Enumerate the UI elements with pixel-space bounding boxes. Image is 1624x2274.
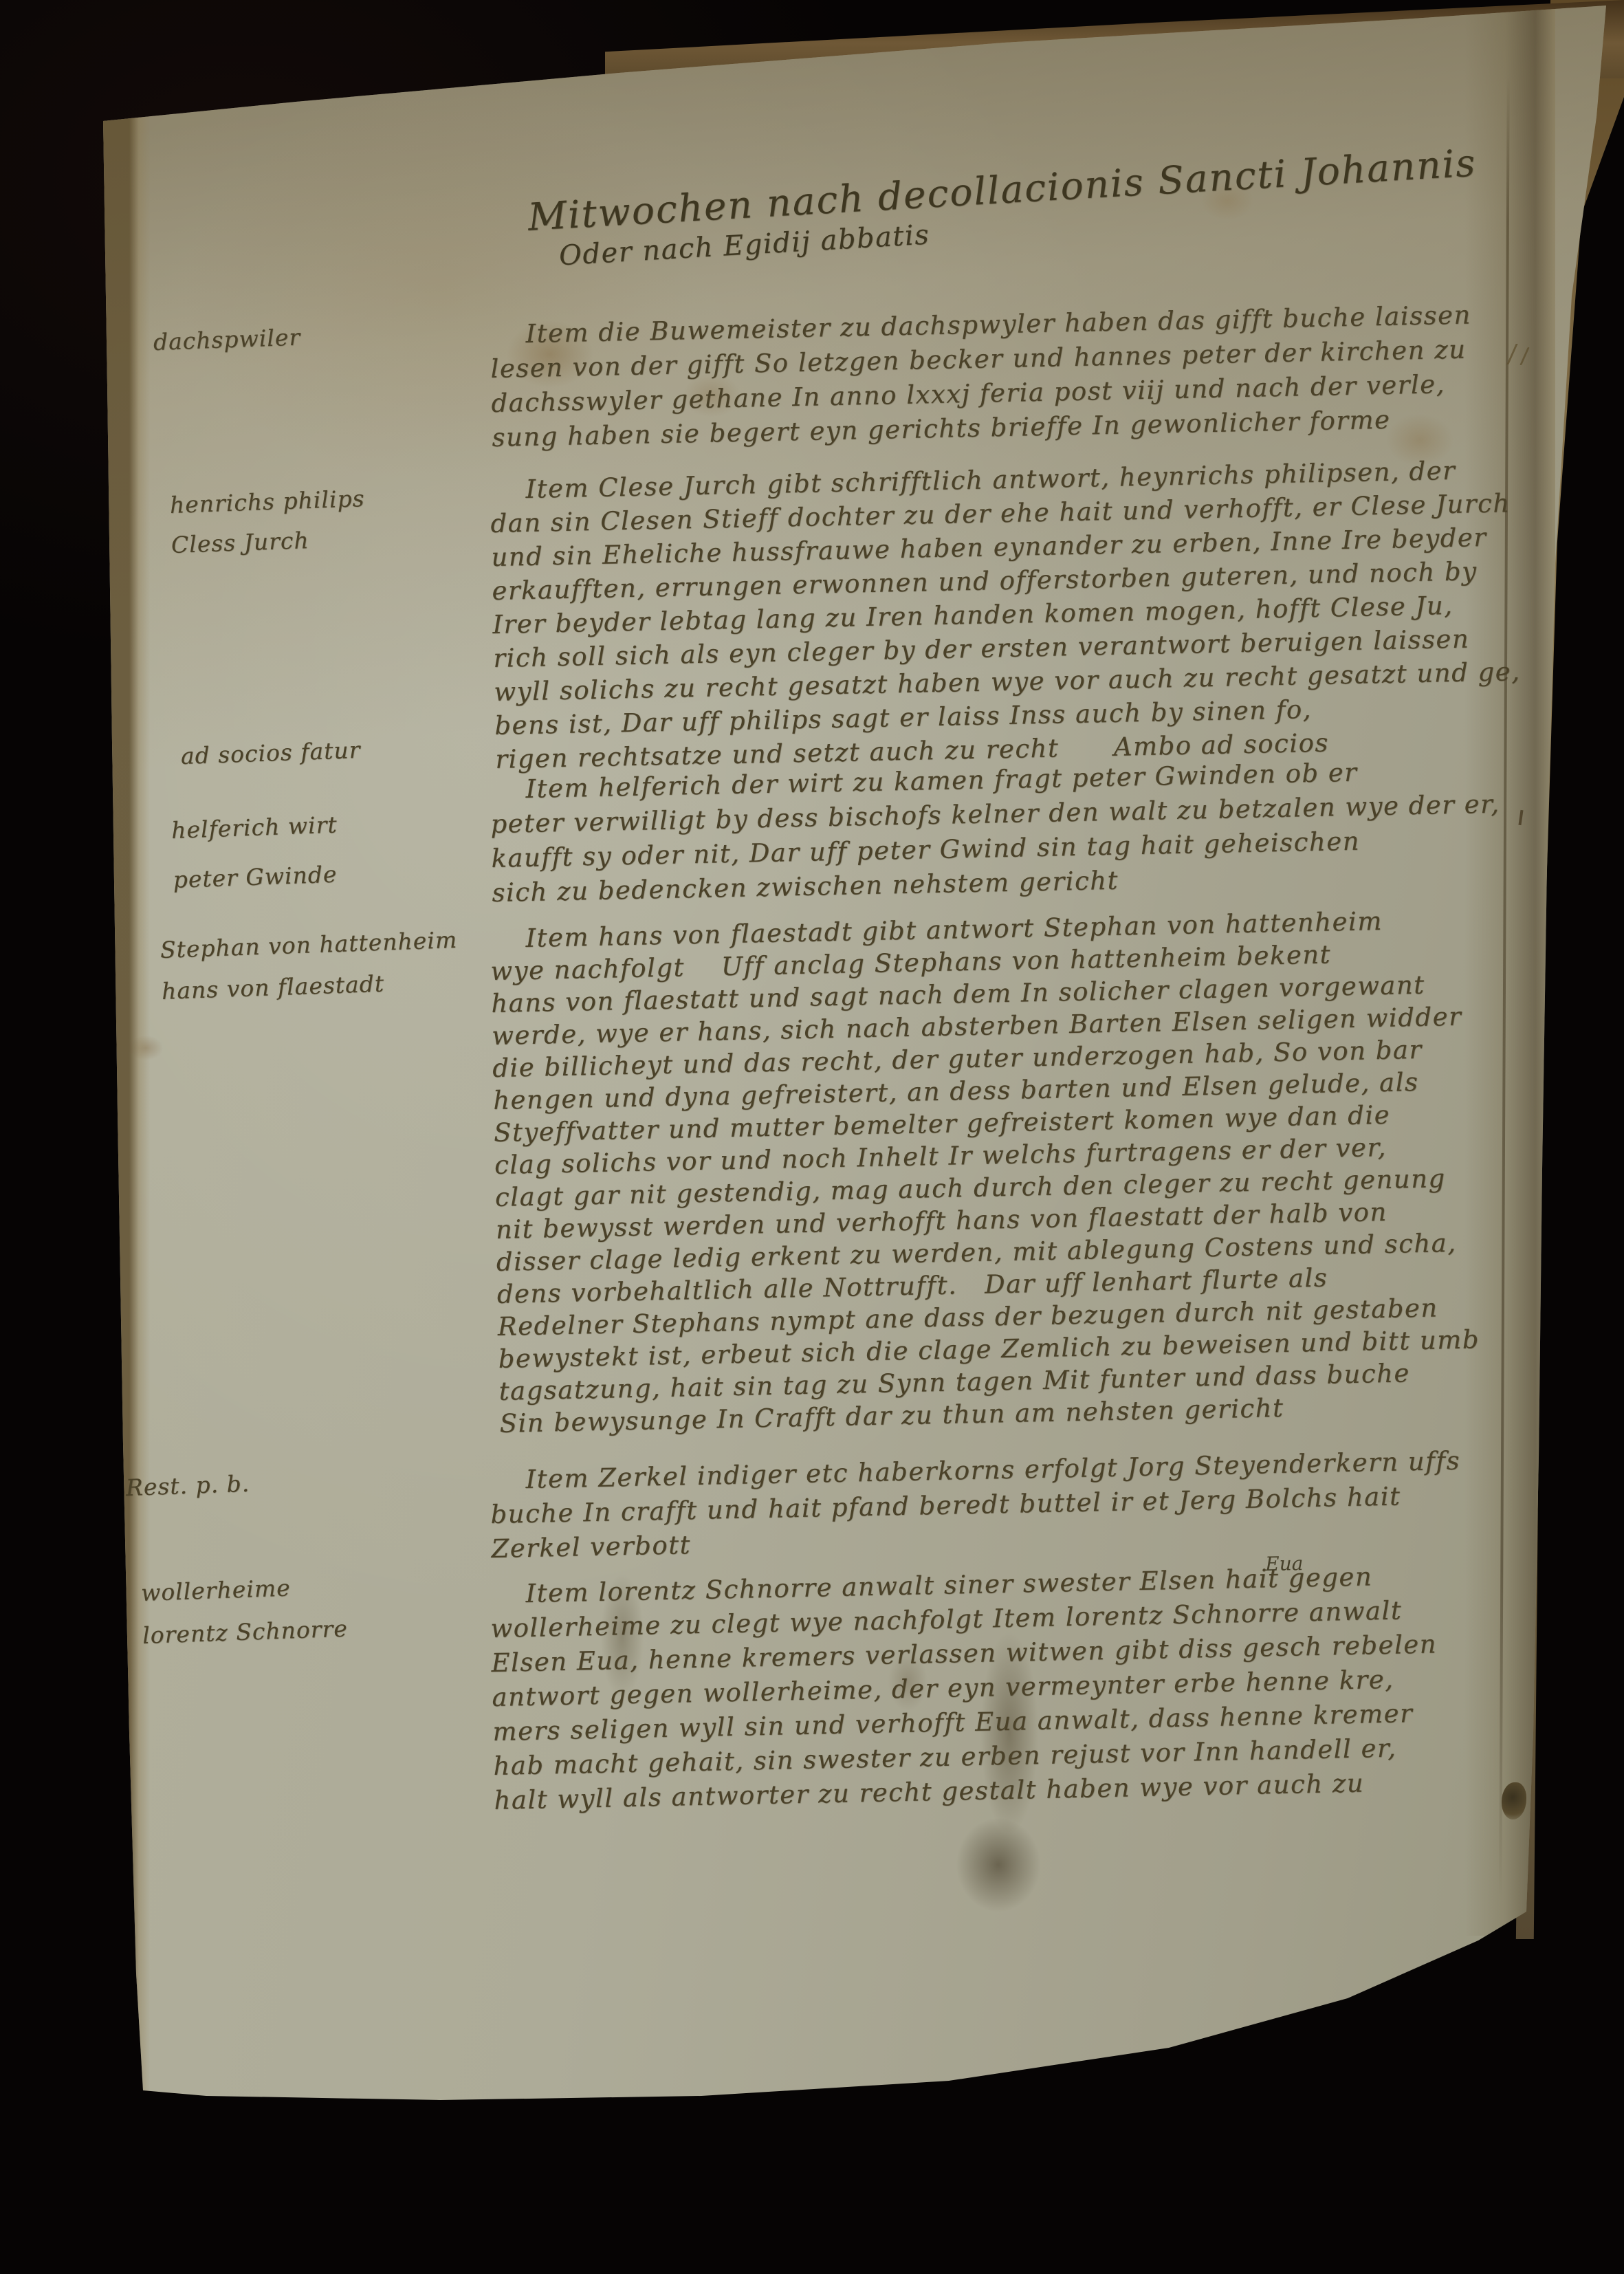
photo-backdrop: Mitwochen nach decollacionis Sancti Joha… — [0, 0, 1624, 2274]
manuscript-text-line: peter Gwinde — [173, 850, 340, 905]
manuscript-text-line: lorentz Schnorre — [142, 1608, 349, 1657]
manuscript-text-line: dachspwiler — [153, 318, 301, 362]
entry-hattenheim-flaestadt: Item hans von flaestadt gibt antwort Ste… — [490, 903, 1481, 1439]
manuscript-page: Mitwochen nach decollacionis Sancti Joha… — [0, 0, 1624, 2274]
entry-helferich: Item helferich der wirt zu kamen fragt p… — [490, 753, 1502, 910]
date-heading: Mitwochen nach decollacionis Sancti Joha… — [527, 140, 1480, 274]
entry-lorentz-schnorre: Item lorentz Schnorre anwalt siner swest… — [490, 1558, 1440, 1818]
entry-dachsweiler: Item die Buwemeister zu dachspwyler habe… — [490, 298, 1473, 455]
manuscript-text-line: wollerheime — [140, 1565, 347, 1615]
manuscript-text-line: ad socios fatur — [180, 731, 361, 776]
margin-note-helferich: helferich wirtpeter Gwinde — [171, 800, 340, 905]
margin-note-stephan-hans: Stephan von hattenheimhans von flaestadt — [160, 919, 459, 1012]
margin-note-rest: Rest. p. b. — [125, 1465, 250, 1507]
manuscript-text-line: helferich wirt — [171, 800, 338, 855]
entry-clese-jurch: Item Clese Jurch gibt schrifftlich antwo… — [490, 452, 1522, 776]
manuscript-text-line: Rest. p. b. — [125, 1465, 250, 1507]
margin-note-wollerheime: wollerheimelorentz Schnorre — [140, 1565, 349, 1657]
manuscript-text-line: henrichs philips — [169, 479, 365, 525]
margin-note-henrichs-philips: henrichs philipsCless Jurch — [169, 479, 367, 565]
manuscript-text-line: Cless Jurch — [171, 518, 366, 565]
margin-note-dachsweiler: dachspwiler — [153, 318, 301, 362]
interlinear-correction: Eua — [1265, 1553, 1304, 1575]
text-layer: Mitwochen nach decollacionis Sancti Joha… — [0, 0, 1624, 2274]
margin-note-ad-socios: ad socios fatur — [180, 731, 361, 776]
entry-zerkel: Item Zerkel indiger etc haberkorns erfol… — [490, 1444, 1462, 1566]
